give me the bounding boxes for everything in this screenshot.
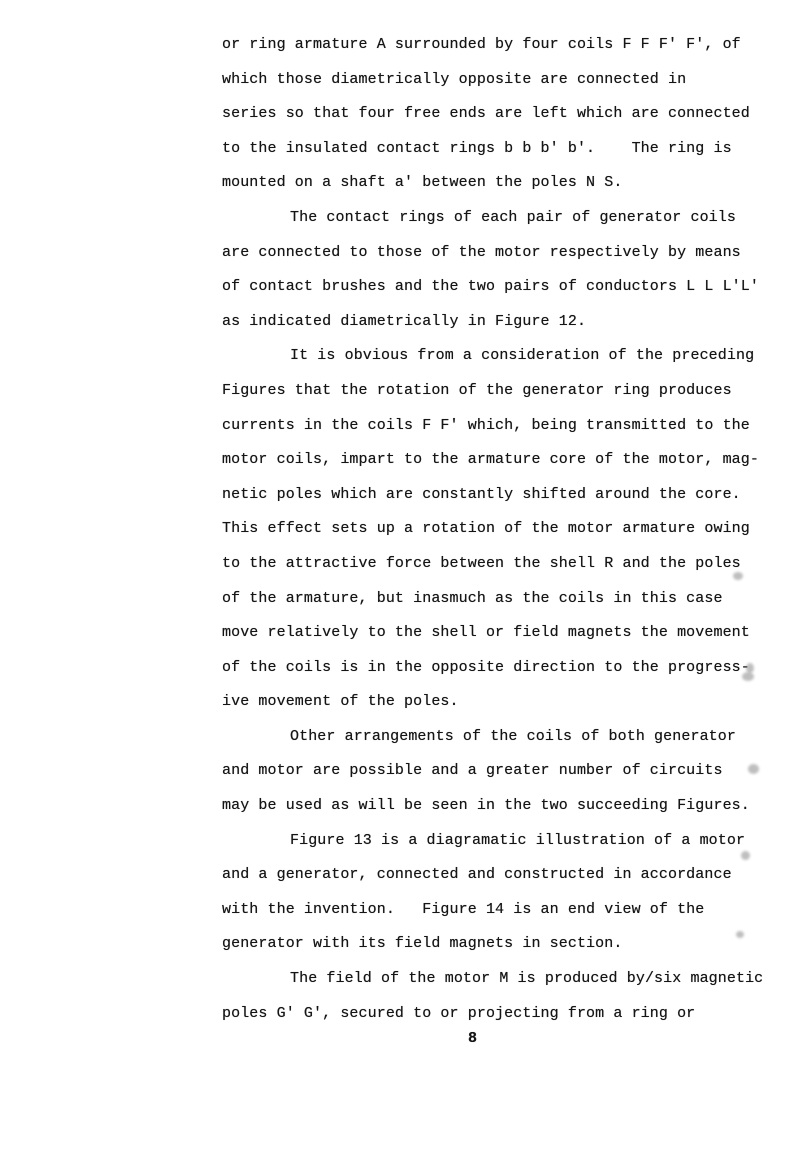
text-line: are connected to those of the motor resp…	[222, 238, 782, 273]
text-line: Figure 13 is a diagramatic illustration …	[222, 826, 782, 861]
scan-artifact	[733, 572, 743, 580]
text-block: or ring armature A surrounded by four co…	[222, 30, 782, 1033]
paragraph: Other arrangements of the coils of both …	[222, 722, 782, 826]
text-line: move relatively to the shell or field ma…	[222, 618, 782, 653]
text-line: currents in the coils F F' which, being …	[222, 411, 782, 446]
text-line: or ring armature A surrounded by four co…	[222, 30, 782, 65]
scan-artifact	[748, 764, 759, 774]
text-line: ive movement of the poles.	[222, 687, 782, 722]
text-line: and motor are possible and a greater num…	[222, 756, 782, 791]
text-line: of contact brushes and the two pairs of …	[222, 272, 782, 307]
text-line: with the invention. Figure 14 is an end …	[222, 895, 782, 930]
text-line: to the attractive force between the shel…	[222, 549, 782, 584]
text-line: of the armature, but inasmuch as the coi…	[222, 584, 782, 619]
paragraph: Figure 13 is a diagramatic illustration …	[222, 826, 782, 964]
scan-artifact	[742, 672, 754, 681]
text-line: generator with its field magnets in sect…	[222, 929, 782, 964]
text-line: The contact rings of each pair of genera…	[222, 203, 782, 238]
paragraph: or ring armature A surrounded by four co…	[222, 30, 782, 203]
text-line: The field of the motor M is produced by/…	[222, 964, 782, 999]
document-page: or ring armature A surrounded by four co…	[0, 0, 807, 1157]
paragraph: The field of the motor M is produced by/…	[222, 964, 782, 1033]
text-line: may be used as will be seen in the two s…	[222, 791, 782, 826]
text-line: mounted on a shaft a' between the poles …	[222, 168, 782, 203]
text-line: Other arrangements of the coils of both …	[222, 722, 782, 757]
text-line: as indicated diametrically in Figure 12.	[222, 307, 782, 342]
scan-artifact	[736, 931, 744, 938]
text-line: and a generator, connected and construct…	[222, 860, 782, 895]
paragraph: The contact rings of each pair of genera…	[222, 203, 782, 341]
text-line: poles G' G', secured to or projecting fr…	[222, 999, 782, 1034]
text-line: motor coils, impart to the armature core…	[222, 445, 782, 480]
text-line: to the insulated contact rings b b b' b'…	[222, 134, 782, 169]
text-line: This effect sets up a rotation of the mo…	[222, 514, 782, 549]
text-line: Figures that the rotation of the generat…	[222, 376, 782, 411]
text-line: series so that four free ends are left w…	[222, 99, 782, 134]
text-line: which those diametrically opposite are c…	[222, 65, 782, 100]
page-number: 8	[468, 1030, 477, 1047]
text-line: of the coils is in the opposite directio…	[222, 653, 782, 688]
scan-artifact	[741, 851, 750, 860]
text-line: netic poles which are constantly shifted…	[222, 480, 782, 515]
text-line: It is obvious from a consideration of th…	[222, 341, 782, 376]
paragraph: It is obvious from a consideration of th…	[222, 341, 782, 722]
